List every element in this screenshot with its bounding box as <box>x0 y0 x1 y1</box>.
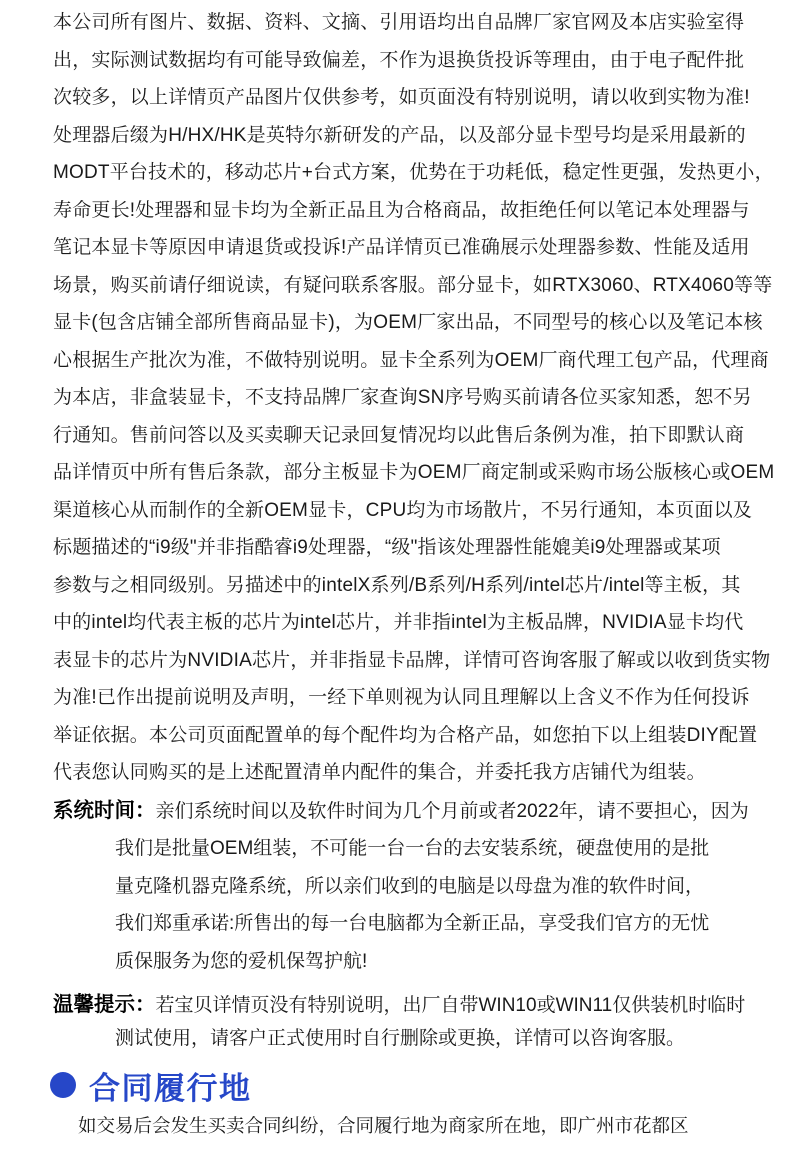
system-time-first-line: 亲们系统时间以及软件时间为几个月前或者2022年，请不要担心，因为 <box>156 801 749 822</box>
disclaimer-line: 显卡(包含店铺全部所售商品显卡)，为OEM厂家出品，不同型号的核心以及笔记本核 <box>53 304 790 342</box>
disclaimer-line: 表显卡的芯片为NVIDIA芯片，并非指显卡品牌，详情可咨询客服了解或以收到货实物 <box>53 642 790 680</box>
warm-tip-line: 测试使用，请客户正式使用时自行删除或更换，详情可以咨询客服。 <box>115 1022 790 1055</box>
product-disclaimer-page: 本公司所有图片、数据、资料、文摘、引用语均出自品牌厂家官网及本店实验室得出，实际… <box>0 0 790 1156</box>
system-time-line: 量克隆机器克隆系统，所以亲们收到的电脑是以母盘为准的软件时间， <box>115 868 790 906</box>
disclaimer-line: 行通知。售前问答以及买卖聊天记录回复情况均以此售后条例为准，拍下即默认商 <box>53 417 790 455</box>
contract-section-heading: 合同履行地 <box>50 1063 790 1107</box>
warm-tip-block: 温馨提示：若宝贝详情页没有特别说明，出厂自带WIN10或WIN11仅供装机时临时… <box>53 988 790 1055</box>
disclaimer-line: 中的intel均代表主板的芯片为intel芯片，并非指intel为主板品牌，NV… <box>53 604 790 642</box>
disclaimer-line: 次较多，以上详情页产品图片仅供参考，如页面没有特别说明，请以收到实物为准! <box>53 79 790 117</box>
disclaimer-line: 本公司所有图片、数据、资料、文摘、引用语均出自品牌厂家官网及本店实验室得 <box>53 4 790 42</box>
system-time-block: 系统时间：亲们系统时间以及软件时间为几个月前或者2022年，请不要担心，因为 我… <box>53 792 790 981</box>
disclaimer-line: 场景，购买前请仔细说读，有疑问联系客服。部分显卡，如RTX3060、RTX406… <box>53 267 790 305</box>
section-title: 合同履行地 <box>89 1063 252 1108</box>
bullet-icon <box>50 1072 76 1098</box>
disclaimer-line: 为准!已作出提前说明及声明，一经下单则视为认同且理解以上含义不作为任何投诉 <box>53 679 790 717</box>
system-time-line: 质保服务为您的爱机保驾护航! <box>115 943 790 981</box>
system-time-line: 我们郑重承诺:所售出的每一台电脑都为全新正品，享受我们官方的无忧 <box>115 905 790 943</box>
disclaimer-line: 心根据生产批次为准，不做特别说明。显卡全系列为OEM厂商代理工包产品，代理商 <box>53 342 790 380</box>
disclaimer-paragraph: 本公司所有图片、数据、资料、文摘、引用语均出自品牌厂家官网及本店实验室得出，实际… <box>53 4 790 792</box>
disclaimer-line: 渠道核心从而制作的全新OEM显卡，CPU均为市场散片，不另行通知，本页面以及 <box>53 492 790 530</box>
disclaimer-line: 标题描述的“i9级"并非指酷睿i9处理器，“级"指该处理器性能媲美i9处理器或某… <box>53 529 790 567</box>
disclaimer-line: 寿命更长!处理器和显卡均为全新正品且为合格商品，故拒绝任何以笔记本处理器与 <box>53 192 790 230</box>
system-time-line: 我们是批量OEM组装，不可能一台一台的去安装系统，硬盘使用的是批 <box>115 830 790 868</box>
disclaimer-line: MODT平台技术的，移动芯片+台式方案，优势在于功耗低，稳定性更强，发热更小， <box>53 154 790 192</box>
disclaimer-line: 参数与之相同级别。另描述中的intelX系列/B系列/H系列/intel芯片/i… <box>53 567 790 605</box>
disclaimer-line: 代表您认同购买的是上述配置清单内配件的集合，并委托我方店铺代为组装。 <box>53 754 790 792</box>
warm-tip-first-line: 若宝贝详情页没有特别说明，出厂自带WIN10或WIN11仅供装机时临时 <box>156 995 746 1016</box>
disclaimer-line: 笔记本显卡等原因申请退货或投诉!产品详情页已准确展示处理器参数、性能及适用 <box>53 229 790 267</box>
warm-tip-label: 温馨提示： <box>53 993 156 1016</box>
disclaimer-line: 举证依据。本公司页面配置单的每个配件均为合格产品，如您拍下以上组装DIY配置 <box>53 717 790 755</box>
disclaimer-line: 出，实际测试数据均有可能导致偏差，不作为退换货投诉等理由，由于电子配件批 <box>53 42 790 80</box>
disclaimer-line: 品详情页中所有售后条款，部分主板显卡为OEM厂商定制或采购市场公版核心或OEM <box>53 454 790 492</box>
disclaimer-line: 处理器后缀为H/HX/HK是英特尔新研发的产品，以及部分显卡型号均是采用最新的 <box>53 117 790 155</box>
system-time-label: 系统时间： <box>53 799 156 822</box>
disclaimer-line: 为本店，非盒装显卡，不支持品牌厂家查询SN序号购买前请各位买家知悉，恕不另 <box>53 379 790 417</box>
contract-location-text: 如交易后会发生买卖合同纠纷，合同履行地为商家所在地，即广州市花都区 <box>78 1113 790 1139</box>
